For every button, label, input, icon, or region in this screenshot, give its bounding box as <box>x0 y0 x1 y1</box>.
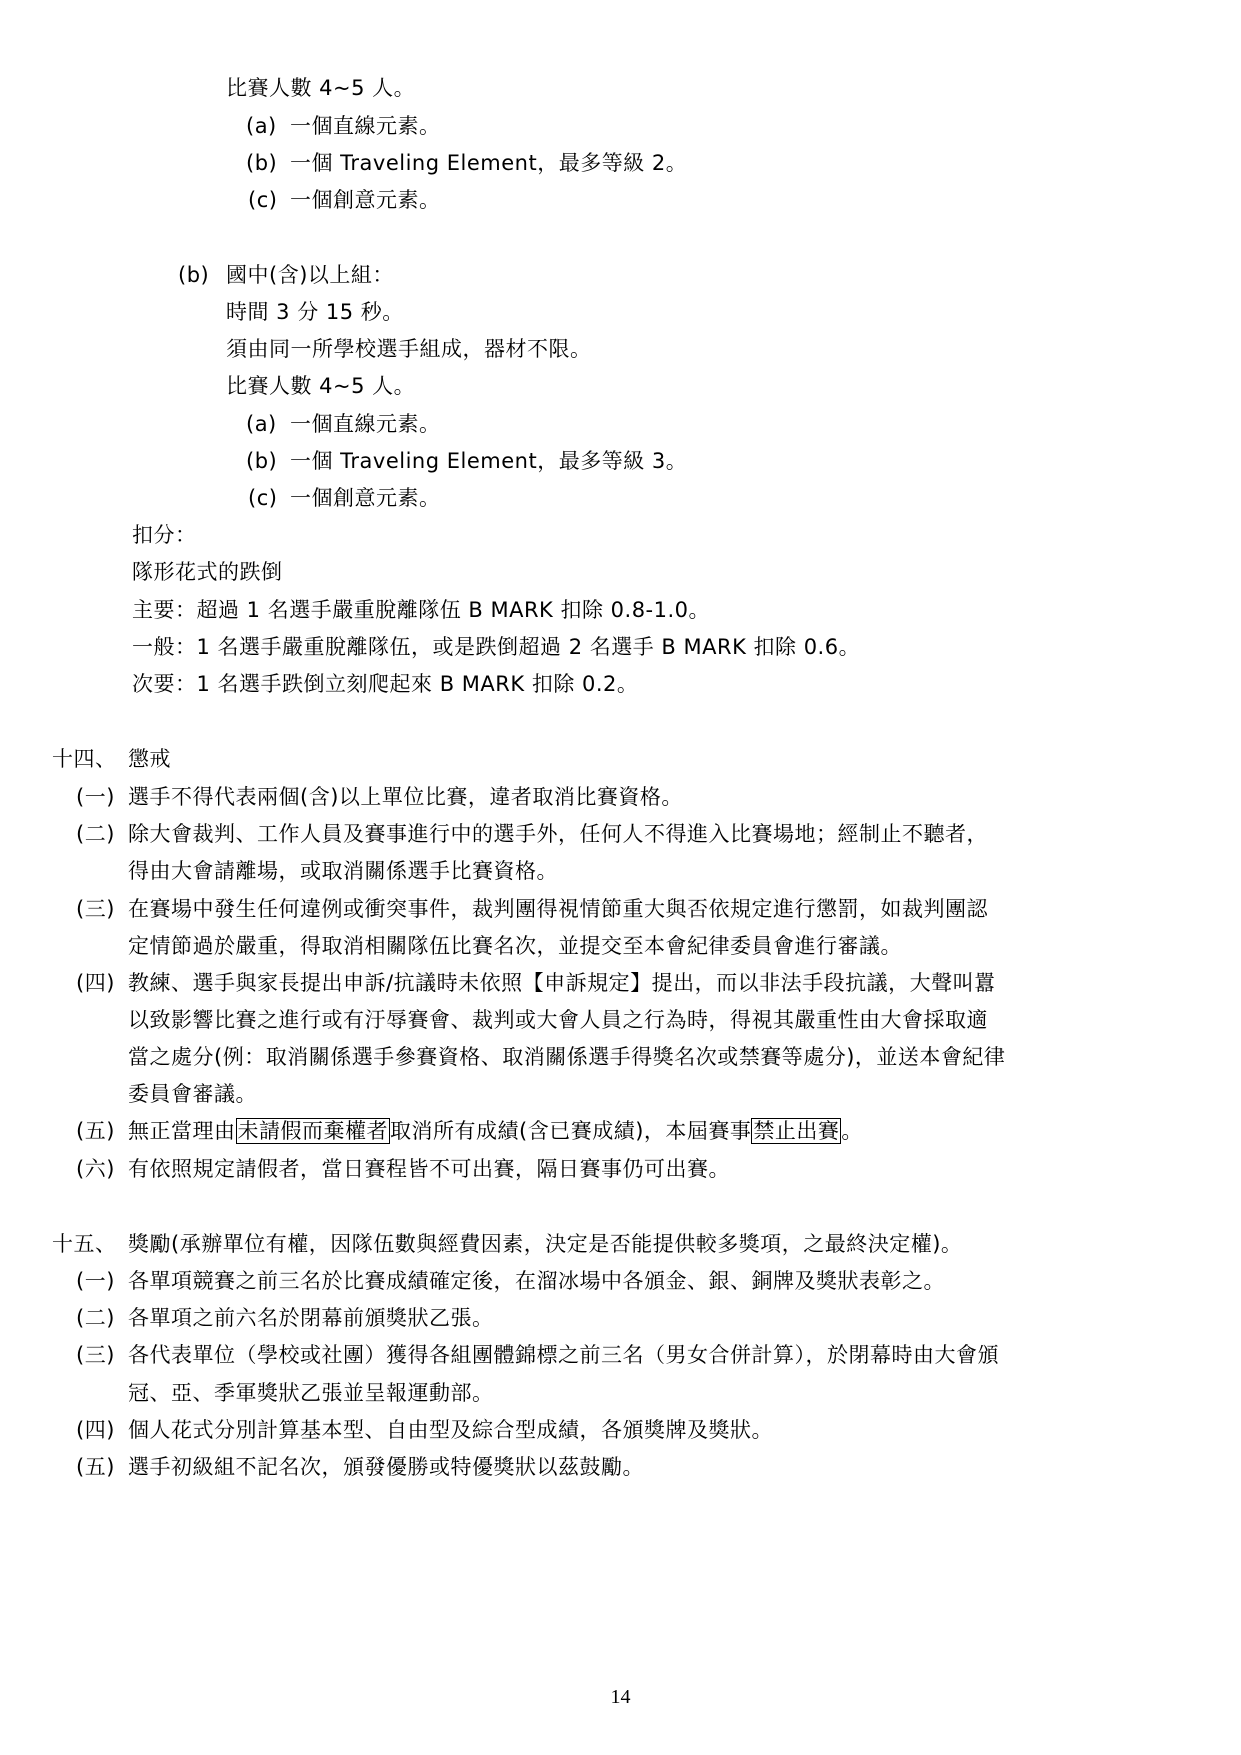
deduction-minor: 次要：1 名選手跌倒立刻爬起來 B MARK 扣除 0.2。 <box>132 670 638 698</box>
item-text: 一個創意元素。 <box>290 188 441 212</box>
boxed-text-ban: 禁止出賽 <box>751 1118 841 1144</box>
list-item: (a)一個直線元素。 <box>246 410 441 438</box>
item-text: 一個創意元素。 <box>290 486 441 510</box>
item-label: (四) <box>76 1416 128 1444</box>
item-continuation: 當之處分(例：取消關係選手參賽資格、取消關係選手得獎名次或禁賽等處分)，並送本會… <box>128 1043 1005 1071</box>
item-label: (五) <box>76 1453 128 1481</box>
list-item: (二)除大會裁判、工作人員及賽事進行中的選手外，任何人不得進入比賽場地；經制止不… <box>76 820 988 848</box>
list-item: (五)無正當理由未請假而棄權者取消所有成績(含已賽成績)，本屆賽事禁止出賽。 <box>76 1117 863 1145</box>
deduction-subtitle: 隊形花式的跌倒 <box>132 558 283 586</box>
item-text: 各單項之前六名於閉幕前頒獎狀乙張。 <box>128 1306 494 1330</box>
list-item: (四)教練、選手與家長提出申訴/抗議時未依照【申訴規定】提出，而以非法手段抗議，… <box>76 969 996 997</box>
list-item: (一)各單項競賽之前三名於比賽成績確定後，在溜冰場中各頒金、銀、銅牌及獎狀表彰之… <box>76 1267 945 1295</box>
item-label: (b) <box>246 149 290 177</box>
item-label: (c) <box>248 484 290 512</box>
item-label: (六) <box>76 1155 128 1183</box>
junior-player-count: 比賽人數 4~5 人。 <box>226 372 415 400</box>
list-item: (c)一個創意元素。 <box>248 186 441 214</box>
list-item: (五)選手初級組不記名次，頒發優勝或特優獎狀以茲鼓勵。 <box>76 1453 644 1481</box>
item-text: 無正當理由 <box>128 1119 236 1143</box>
boxed-text-forfeit: 未請假而棄權者 <box>236 1118 391 1144</box>
junior-school: 須由同一所學校選手組成，器材不限。 <box>226 335 592 363</box>
item-label: (三) <box>76 895 128 923</box>
item-label: (a) <box>246 410 290 438</box>
list-item: (四)個人花式分別計算基本型、自由型及綜合型成績，各頒獎牌及獎狀。 <box>76 1416 773 1444</box>
item-text: 有依照規定請假者，當日賽程皆不可出賽，隔日賽事仍可出賽。 <box>128 1157 730 1181</box>
item-text: 個人花式分別計算基本型、自由型及綜合型成績，各頒獎牌及獎狀。 <box>128 1418 773 1442</box>
item-text: 各單項競賽之前三名於比賽成績確定後，在溜冰場中各頒金、銀、銅牌及獎狀表彰之。 <box>128 1269 945 1293</box>
list-item: (三)各代表單位（學校或社團）獲得各組團體錦標之前三名（男女合併計算），於閉幕時… <box>76 1341 999 1369</box>
item-text: 一個 Traveling Element，最多等級 3。 <box>290 449 687 473</box>
section-heading: 十五、獎勵(承辦單位有權，因隊伍數與經費因素，決定是否能提供較多獎項，之最終決定… <box>52 1230 962 1258</box>
item-label: (一) <box>76 1267 128 1295</box>
list-item: (三)在賽場中發生任何違例或衝突事件，裁判團得視情節重大與否依規定進行懲罰，如裁… <box>76 895 988 923</box>
junior-time: 時間 3 分 15 秒。 <box>226 298 404 326</box>
elementary-player-count: 比賽人數 4~5 人。 <box>226 74 415 102</box>
section-heading: 十四、懲戒 <box>52 745 171 773</box>
item-text: 。 <box>841 1119 863 1143</box>
item-text: 教練、選手與家長提出申訴/抗議時未依照【申訴規定】提出，而以非法手段抗議，大聲叫… <box>128 971 996 995</box>
item-text: 各代表單位（學校或社團）獲得各組團體錦標之前三名（男女合併計算），於閉幕時由大會… <box>128 1343 999 1367</box>
item-label: (三) <box>76 1341 128 1369</box>
heading-text: 國中(含)以上組： <box>226 263 394 287</box>
item-text: 選手不得代表兩個(含)以上單位比賽，違者取消比賽資格。 <box>128 785 683 809</box>
section-title: 懲戒 <box>128 747 171 771</box>
section-number: 十四、 <box>52 745 128 773</box>
item-text: 除大會裁判、工作人員及賽事進行中的選手外，任何人不得進入比賽場地；經制止不聽者， <box>128 822 988 846</box>
item-continuation: 冠、亞、季軍獎狀乙張並呈報運動部。 <box>128 1379 494 1407</box>
list-item: (b)一個 Traveling Element，最多等級 3。 <box>246 447 687 475</box>
item-label: (a) <box>246 112 290 140</box>
item-label: (四) <box>76 969 128 997</box>
item-continuation: 委員會審議。 <box>128 1080 257 1108</box>
list-item: (b)一個 Traveling Element，最多等級 2。 <box>246 149 687 177</box>
item-text: 一個直線元素。 <box>290 412 441 436</box>
item-label: (b) <box>178 261 226 289</box>
item-text: 在賽場中發生任何違例或衝突事件，裁判團得視情節重大與否依規定進行懲罰，如裁判團認 <box>128 897 988 921</box>
item-text: 一個 Traveling Element，最多等級 2。 <box>290 151 687 175</box>
list-item: (六)有依照規定請假者，當日賽程皆不可出賽，隔日賽事仍可出賽。 <box>76 1155 730 1183</box>
item-label: (c) <box>248 186 290 214</box>
item-text: 選手初級組不記名次，頒發優勝或特優獎狀以茲鼓勵。 <box>128 1455 644 1479</box>
item-label: (二) <box>76 1304 128 1332</box>
item-label: (b) <box>246 447 290 475</box>
item-label: (一) <box>76 783 128 811</box>
list-item: (二)各單項之前六名於閉幕前頒獎狀乙張。 <box>76 1304 494 1332</box>
section-title: 獎勵(承辦單位有權，因隊伍數與經費因素，決定是否能提供較多獎項，之最終決定權)。 <box>128 1232 962 1256</box>
list-item: (a)一個直線元素。 <box>246 112 441 140</box>
item-text: 一個直線元素。 <box>290 114 441 138</box>
item-continuation: 得由大會請離場，或取消關係選手比賽資格。 <box>128 857 558 885</box>
deduction-title: 扣分： <box>132 521 197 549</box>
list-item: (一)選手不得代表兩個(含)以上單位比賽，違者取消比賽資格。 <box>76 783 683 811</box>
deduction-major: 主要：超過 1 名選手嚴重脫離隊伍 B MARK 扣除 0.8-1.0。 <box>132 596 710 624</box>
item-continuation: 以致影響比賽之進行或有汙辱賽會、裁判或大會人員之行為時，得視其嚴重性由大會採取適 <box>128 1006 988 1034</box>
item-label: (二) <box>76 820 128 848</box>
section-number: 十五、 <box>52 1230 128 1258</box>
item-continuation: 定情節過於嚴重，得取消相關隊伍比賽名次，並提交至本會紀律委員會進行審議。 <box>128 932 902 960</box>
junior-heading: (b)國中(含)以上組： <box>178 261 394 289</box>
item-text: 取消所有成績(含已賽成績)，本屆賽事 <box>390 1119 751 1143</box>
list-item: (c)一個創意元素。 <box>248 484 441 512</box>
page-number: 14 <box>0 1686 1241 1709</box>
item-label: (五) <box>76 1117 128 1145</box>
deduction-general: 一般：1 名選手嚴重脫離隊伍，或是跌倒超過 2 名選手 B MARK 扣除 0.… <box>132 633 860 661</box>
